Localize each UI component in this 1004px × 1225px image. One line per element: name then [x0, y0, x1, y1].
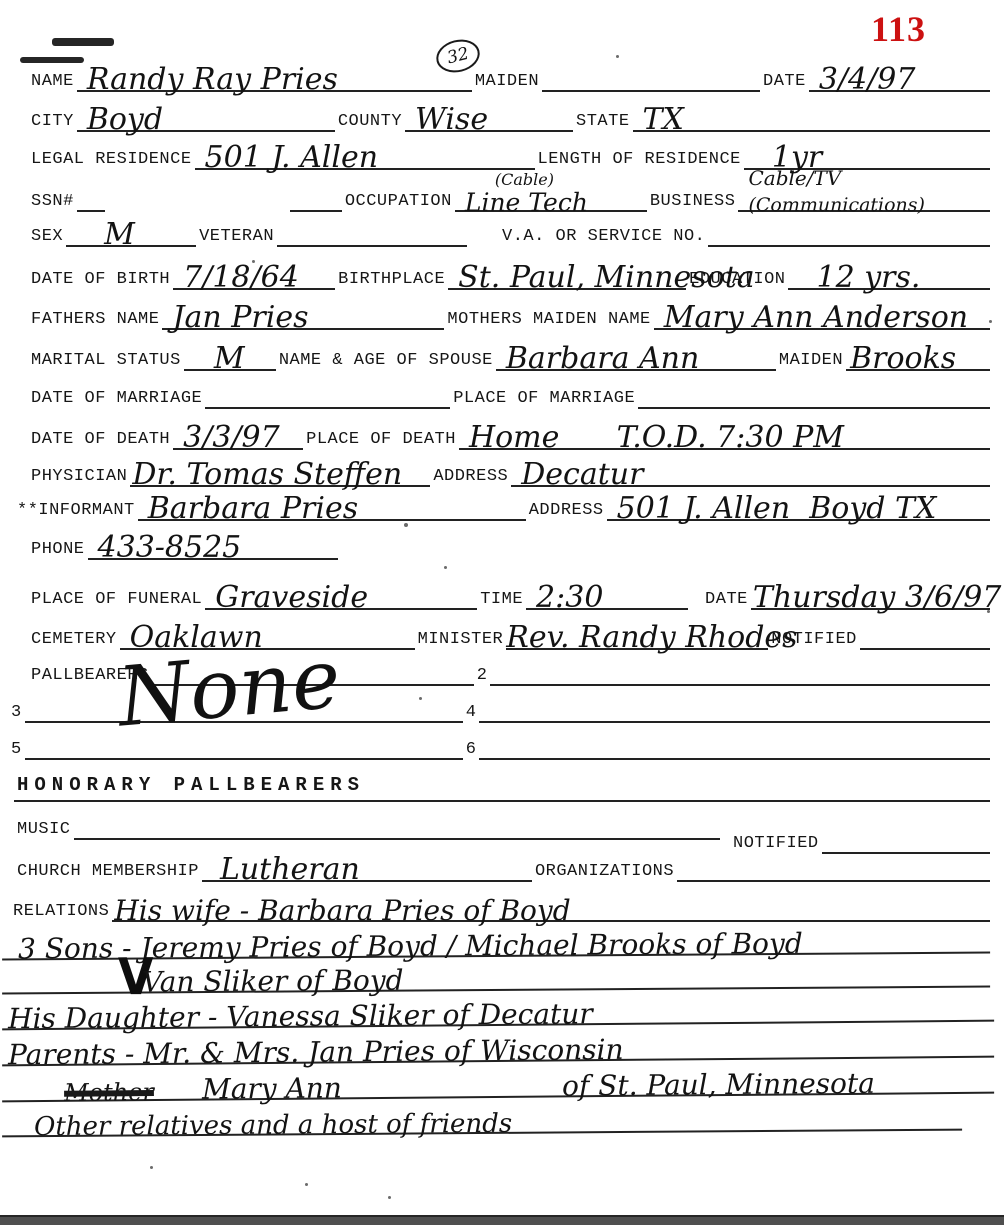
- marital-status-value: M: [214, 344, 245, 374]
- row-occupation: SSN# OCCUPATION (Cable) Line Tech BUSINE…: [28, 176, 990, 212]
- row-city: CITY Boyd COUNTY Wise STATE TX: [28, 96, 990, 132]
- funeral-date-field[interactable]: Thursday 3/6/97: [751, 596, 990, 610]
- scan-speck: [419, 697, 422, 700]
- row-death: DATE OF DEATH 3/3/97 PLACE OF DEATH Home…: [28, 414, 990, 450]
- pallbearer-slot-1-field[interactable]: [152, 672, 474, 686]
- county-label: COUNTY: [335, 112, 405, 132]
- pallbearer-slot-2-field[interactable]: [490, 672, 990, 686]
- pallbearer-slot-3-number: 3: [8, 703, 25, 723]
- relations-line-7-value: Other relatives and a host of friends: [34, 1111, 512, 1140]
- birthplace-value: St. Paul, Minnesota: [458, 263, 755, 293]
- row-pallbearers-1-2: PALLBEARERS 2: [28, 650, 990, 686]
- fathers-name-label: FATHERS NAME: [28, 310, 162, 330]
- row-phone: PHONE 433-8525: [28, 524, 338, 560]
- ssn-label: SSN#: [28, 192, 77, 212]
- row-marital: MARITAL STATUS M NAME & AGE OF SPOUSE Ba…: [28, 335, 990, 371]
- place-of-funeral-value: Graveside: [215, 583, 368, 613]
- marital-status-field[interactable]: M: [184, 357, 276, 371]
- page-number: 113: [871, 8, 926, 50]
- row-marriage: DATE OF MARRIAGE PLACE OF MARRIAGE: [28, 373, 990, 409]
- phone-label: PHONE: [28, 540, 88, 560]
- date-label: DATE: [760, 72, 809, 92]
- state-field[interactable]: TX: [633, 118, 990, 132]
- mothers-maiden-name-label: MOTHERS MAIDEN NAME: [444, 310, 653, 330]
- education-value: 12 yrs.: [816, 263, 920, 293]
- scan-speck: [388, 1196, 391, 1199]
- spouse-label: NAME & AGE OF SPOUSE: [276, 351, 496, 371]
- occupation-field[interactable]: (Cable) Line Tech: [455, 198, 647, 212]
- state-label: STATE: [573, 112, 633, 132]
- va-service-label: V.A. OR SERVICE NO.: [499, 227, 708, 247]
- funeral-record-form: 113 NAME Randy Ray Pries 32 MAIDEN DATE …: [0, 0, 1004, 1225]
- sex-field[interactable]: M: [66, 233, 196, 247]
- marital-status-label: MARITAL STATUS: [28, 351, 184, 371]
- cemetery-label: CEMETERY: [28, 630, 120, 650]
- physician-label: PHYSICIAN: [28, 467, 130, 487]
- place-of-funeral-label: PLACE OF FUNERAL: [28, 590, 205, 610]
- funeral-time-label: TIME: [477, 590, 526, 610]
- row-honorary-pallbearers: HONORARY PALLBEARERS: [14, 764, 990, 802]
- age-circle-badge: 32: [433, 35, 483, 77]
- row-pallbearers-3-4: 3 4: [8, 687, 990, 723]
- organizations-label: ORGANIZATIONS: [532, 862, 677, 882]
- scan-speck: [252, 260, 255, 263]
- name-value: Randy Ray Pries: [87, 65, 338, 95]
- row-residence: LEGAL RESIDENCE 501 J. Allen LENGTH OF R…: [28, 134, 990, 170]
- name-label: NAME: [28, 72, 77, 92]
- maiden-label: MAIDEN: [472, 72, 542, 92]
- funeral-time-value: 2:30: [536, 583, 603, 613]
- birthplace-field[interactable]: St. Paul, Minnesota: [448, 276, 686, 290]
- pallbearer-slot-6-number: 6: [463, 740, 480, 760]
- scan-speck: [616, 55, 619, 58]
- church-membership-label: CHURCH MEMBERSHIP: [14, 862, 202, 882]
- place-of-marriage-field[interactable]: [638, 395, 990, 409]
- length-of-residence-label: LENGTH OF RESIDENCE: [535, 150, 744, 170]
- mothers-maiden-name-value: Mary Ann Anderson: [664, 303, 968, 333]
- city-field[interactable]: Boyd: [77, 118, 335, 132]
- legal-residence-label: LEGAL RESIDENCE: [28, 150, 195, 170]
- place-of-marriage-label: PLACE OF MARRIAGE: [450, 389, 638, 409]
- row-physician: PHYSICIAN Dr. Tomas Steffen ADDRESS Deca…: [28, 451, 990, 487]
- row-church: CHURCH MEMBERSHIP Lutheran ORGANIZATIONS: [14, 846, 990, 882]
- date-field[interactable]: 3/4/97: [809, 78, 990, 92]
- pallbearer-slot-4-number: 4: [463, 703, 480, 723]
- row-pallbearers-5-6: 5 6: [8, 724, 990, 760]
- row-relations-1: RELATIONS His wife - Barbara Pries of Bo…: [10, 886, 990, 922]
- date-of-death-value: 3/3/97: [183, 423, 280, 453]
- city-value: Boyd: [87, 105, 163, 135]
- spouse-maiden-field[interactable]: Brooks: [846, 357, 990, 371]
- business-field[interactable]: Cable/TV (Communications): [738, 198, 990, 212]
- scan-smudge: [52, 38, 114, 46]
- fathers-name-value: Jan Pries: [172, 303, 308, 333]
- church-membership-field[interactable]: Lutheran: [202, 868, 532, 882]
- place-of-death-field[interactable]: Home T.O.D. 7:30 PM: [459, 436, 990, 450]
- scan-edge-bar: [0, 1215, 1004, 1225]
- ssn-field[interactable]: [77, 198, 105, 212]
- business-value-line1: Cable/TV: [748, 168, 841, 188]
- row-birth: DATE OF BIRTH 7/18/64 BIRTHPLACE St. Pau…: [28, 254, 990, 290]
- scan-speck: [987, 610, 990, 613]
- city-label: CITY: [28, 112, 77, 132]
- physician-address-label: ADDRESS: [430, 467, 511, 487]
- minister-notified-field[interactable]: [860, 636, 990, 650]
- cemetery-field[interactable]: Oaklawn: [120, 636, 415, 650]
- place-of-funeral-field[interactable]: Graveside: [205, 596, 477, 610]
- scan-speck: [150, 1166, 153, 1169]
- business-label: BUSINESS: [647, 192, 739, 212]
- informant-field[interactable]: Barbara Pries: [138, 507, 526, 521]
- row-sex-veteran: SEX M VETERAN V.A. OR SERVICE NO.: [28, 211, 990, 247]
- education-field[interactable]: 12 yrs.: [788, 276, 990, 290]
- birthplace-label: BIRTHPLACE: [335, 270, 448, 290]
- minister-label: MINISTER: [415, 630, 507, 650]
- informant-address-value: 501 J. Allen Boyd TX: [617, 494, 937, 524]
- date-value: 3/4/97: [819, 65, 916, 95]
- date-of-death-field[interactable]: 3/3/97: [173, 436, 303, 450]
- occupation-lead-line: [290, 198, 342, 212]
- funeral-date-label: DATE: [702, 590, 751, 610]
- informant-address-label: ADDRESS: [526, 501, 607, 521]
- pallbearer-slot-5-number: 5: [8, 740, 25, 760]
- pallbearers-label: PALLBEARERS: [28, 666, 152, 686]
- scan-speck: [404, 523, 408, 527]
- minister-value: Rev. Randy Rhodes: [506, 623, 797, 653]
- date-of-birth-value: 7/18/64: [183, 263, 299, 293]
- honorary-pallbearers-label: HONORARY PALLBEARERS: [14, 774, 368, 800]
- music-label: MUSIC: [14, 820, 74, 840]
- spouse-maiden-value: Brooks: [850, 344, 956, 374]
- phone-value: 433-8525: [98, 533, 242, 563]
- cemetery-value: Oaklawn: [130, 623, 263, 653]
- honorary-pallbearers-field[interactable]: [368, 788, 990, 800]
- spouse-field[interactable]: Barbara Ann: [496, 357, 776, 371]
- scan-speck: [444, 566, 447, 569]
- scan-speck: [989, 320, 992, 323]
- row-relations-7: Other relatives and a host of friends: [2, 1095, 962, 1138]
- phone-field[interactable]: 433-8525: [88, 546, 338, 560]
- date-of-death-label: DATE OF DEATH: [28, 430, 173, 450]
- row-funeral: PLACE OF FUNERAL Graveside TIME 2:30 DAT…: [28, 574, 990, 610]
- occupation-label: OCCUPATION: [342, 192, 455, 212]
- sex-label: SEX: [28, 227, 66, 247]
- legal-residence-value: 501 J. Allen: [205, 143, 379, 173]
- pallbearer-slot-5-field[interactable]: [25, 746, 463, 760]
- occupation-annotation: (Cable): [495, 172, 554, 188]
- row-cemetery: CEMETERY Oaklawn MINISTER Rev. Randy Rho…: [28, 614, 990, 650]
- row-informant: **INFORMANT Barbara Pries ADDRESS 501 J.…: [14, 485, 990, 521]
- spouse-value: Barbara Ann: [506, 344, 699, 374]
- row-parents-names: FATHERS NAME Jan Pries MOTHERS MAIDEN NA…: [28, 294, 990, 330]
- informant-value: Barbara Pries: [148, 494, 358, 524]
- fathers-name-field[interactable]: Jan Pries: [162, 316, 444, 330]
- date-of-marriage-label: DATE OF MARRIAGE: [28, 389, 205, 409]
- name-field[interactable]: Randy Ray Pries 32: [77, 78, 472, 92]
- va-service-field[interactable]: [708, 233, 990, 247]
- relations-label: RELATIONS: [10, 902, 112, 922]
- place-of-death-value: Home T.O.D. 7:30 PM: [469, 423, 844, 453]
- pallbearer-slot-2-number: 2: [474, 666, 491, 686]
- informant-address-field[interactable]: 501 J. Allen Boyd TX: [607, 507, 990, 521]
- informant-label: **INFORMANT: [14, 501, 138, 521]
- county-field[interactable]: Wise: [405, 118, 573, 132]
- state-value: TX: [643, 105, 684, 135]
- veteran-label: VETERAN: [196, 227, 277, 247]
- row-name: NAME Randy Ray Pries 32 MAIDEN DATE 3/4/…: [28, 56, 990, 92]
- music-field[interactable]: [74, 826, 720, 840]
- veteran-field[interactable]: [277, 233, 467, 247]
- organizations-field[interactable]: [677, 868, 990, 882]
- legal-residence-field[interactable]: 501 J. Allen: [195, 156, 535, 170]
- pallbearer-slot-6-field[interactable]: [479, 746, 990, 760]
- sex-value: M: [104, 220, 135, 250]
- funeral-date-value: Thursday 3/6/97: [753, 583, 1002, 613]
- date-of-marriage-field[interactable]: [205, 395, 450, 409]
- minister-field[interactable]: Rev. Randy Rhodes: [506, 636, 768, 650]
- mothers-maiden-name-field[interactable]: Mary Ann Anderson: [654, 316, 990, 330]
- funeral-time-field[interactable]: 2:30: [526, 596, 688, 610]
- pallbearer-slot-3-field[interactable]: [25, 709, 463, 723]
- county-value: Wise: [415, 105, 488, 135]
- date-of-birth-label: DATE OF BIRTH: [28, 270, 173, 290]
- spouse-maiden-label: MAIDEN: [776, 351, 846, 371]
- row-music: MUSIC: [14, 804, 720, 840]
- scan-speck: [305, 1183, 308, 1186]
- maiden-field[interactable]: [542, 78, 760, 92]
- pallbearer-slot-4-field[interactable]: [479, 709, 990, 723]
- church-membership-value: Lutheran: [220, 855, 360, 885]
- date-of-birth-field[interactable]: 7/18/64: [173, 276, 335, 290]
- relations-line-7-field[interactable]: Other relatives and a host of friends: [2, 1117, 962, 1138]
- place-of-death-label: PLACE OF DEATH: [303, 430, 459, 450]
